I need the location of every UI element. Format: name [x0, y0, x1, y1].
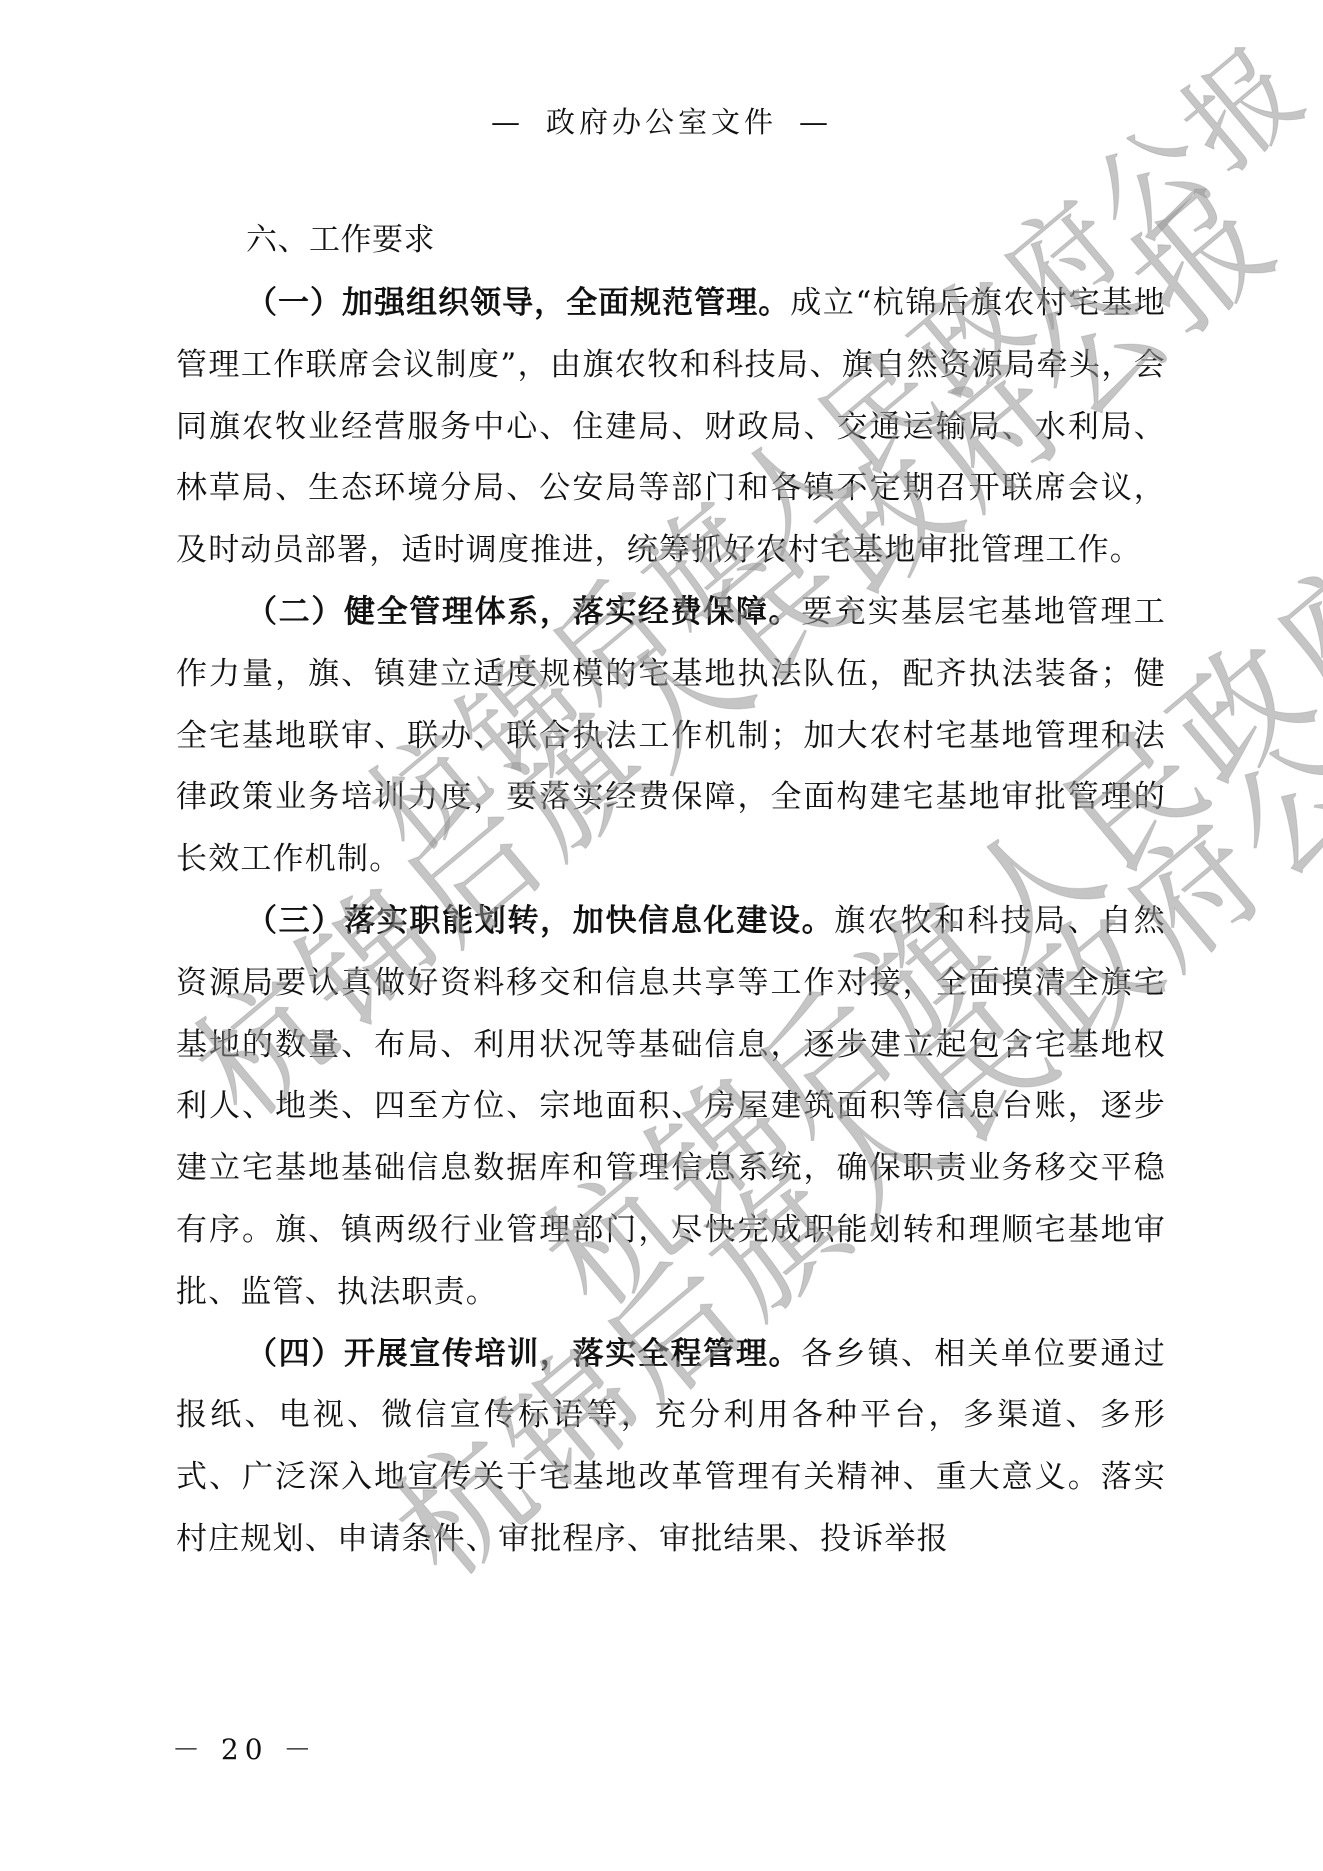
- paragraph-2-lead: （二）健全管理体系，落实经费保障。: [246, 594, 801, 630]
- header-title: 政府办公室文件: [546, 105, 777, 139]
- paragraph-1: （一）加强组织领导，全面规范管理。成立“杭锦后旗农村宅基地管理工作联席会议制度”…: [176, 273, 1166, 582]
- paragraph-3: （三）落实职能划转，加快信息化建设。旗农牧和科技局、自然资源局要认真做好资料移交…: [176, 891, 1166, 1324]
- document-page: —政府办公室文件— 六、工作要求 （一）加强组织领导，全面规范管理。成立“杭锦后…: [0, 0, 1323, 1871]
- paragraph-2: （二）健全管理体系，落实经费保障。要充实基层宅基地管理工作力量，旗、镇建立适度规…: [176, 582, 1166, 891]
- section-heading: 六、工作要求: [176, 207, 1166, 273]
- paragraph-3-lead: （三）落实职能划转，加快信息化建设。: [246, 903, 834, 939]
- document-body: 六、工作要求 （一）加强组织领导，全面规范管理。成立“杭锦后旗农村宅基地管理工作…: [176, 207, 1166, 1571]
- paragraph-1-text: 成立“杭锦后旗农村宅基地管理工作联席会议制度”，由旗农牧和科技局、旗自然资源局牵…: [176, 285, 1166, 568]
- paragraph-2-text: 要充实基层宅基地管理工作力量，旗、镇建立适度规模的宅基地执法队伍，配齐执法装备；…: [176, 594, 1166, 877]
- running-header: —政府办公室文件—: [0, 100, 1323, 141]
- paragraph-4-lead: （四）开展宣传培训，落实全程管理。: [246, 1336, 801, 1372]
- paragraph-1-lead: （一）加强组织领导，全面规范管理。: [246, 285, 790, 321]
- paragraph-4: （四）开展宣传培训，落实全程管理。各乡镇、相关单位要通过报纸、电视、微信宣传标语…: [176, 1324, 1166, 1571]
- header-dash-left: —: [491, 105, 524, 139]
- header-dash-right: —: [799, 105, 832, 139]
- page-number: － 20 －: [172, 1728, 317, 1768]
- paragraph-3-text: 旗农牧和科技局、自然资源局要认真做好资料移交和信息共享等工作对接，全面摸清全旗宅…: [176, 903, 1166, 1310]
